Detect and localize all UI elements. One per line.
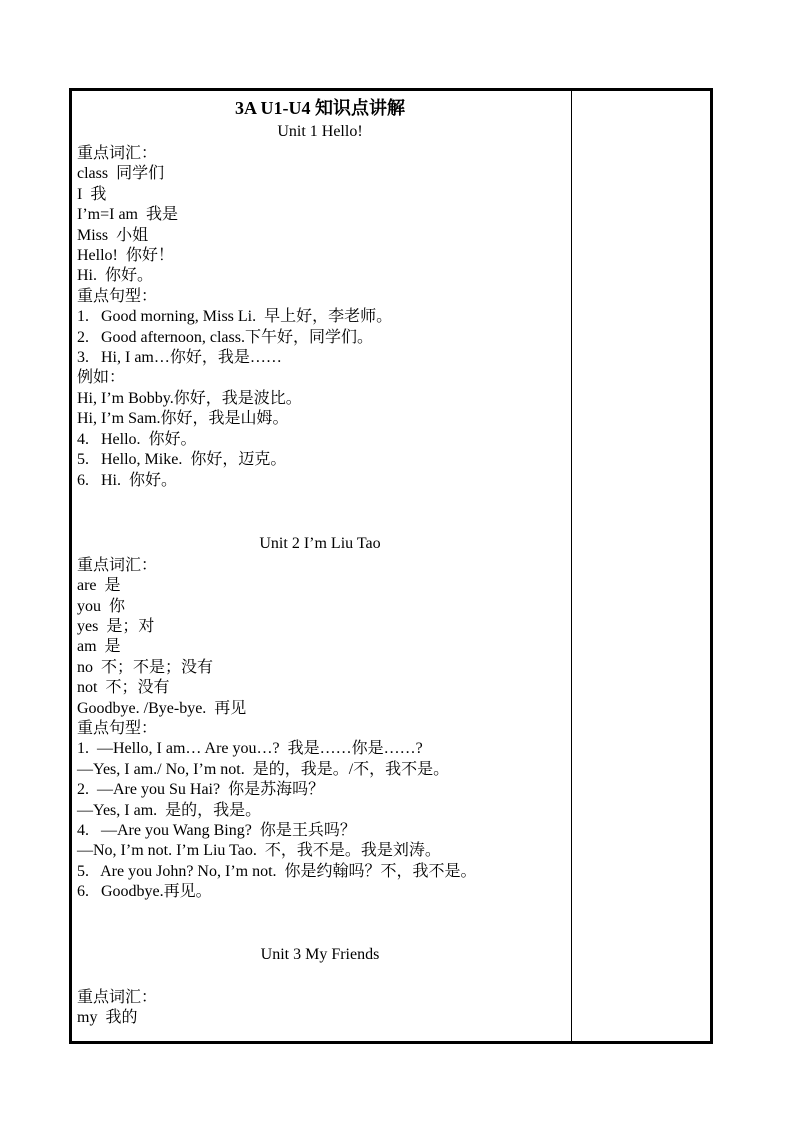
text-line: are 是	[77, 576, 563, 596]
text-line: not 不；没有	[77, 678, 563, 698]
text-line: 6. Hi. 你好。	[77, 471, 563, 491]
text-line: no 不；不是；没有	[77, 658, 563, 678]
unit-heading: Unit 2 I’m Liu Tao	[77, 532, 563, 556]
text-line: —No, I’m not. I’m Liu Tao. 不，我不是。我是刘涛。	[77, 841, 563, 861]
blank-line	[77, 511, 563, 531]
text-line: Hello! 你好！	[77, 246, 563, 266]
text-line: Hi, I’m Bobby.你好，我是波比。	[77, 389, 563, 409]
notes-table: 3A U1-U4 知识点讲解 Unit 1 Hello!重点词汇：class 同…	[69, 88, 713, 1044]
text-line: 4. Hello. 你好。	[77, 430, 563, 450]
text-line: I’m=I am 我是	[77, 205, 563, 225]
side-column	[572, 91, 710, 1041]
text-line: 重点词汇：	[77, 988, 563, 1008]
text-line: I 我	[77, 185, 563, 205]
text-line: —Yes, I am./ No, I’m not. 是的，我是。/不，我不是。	[77, 760, 563, 780]
text-line: Goodbye. /Bye-bye. 再见	[77, 699, 563, 719]
unit-heading: Unit 3 My Friends	[77, 943, 563, 967]
text-line: am 是	[77, 637, 563, 657]
text-line: 重点词汇：	[77, 144, 563, 164]
blank-line	[77, 923, 563, 943]
text-line: 重点句型：	[77, 719, 563, 739]
text-line: Hi. 你好。	[77, 266, 563, 286]
text-line: 5. Hello, Mike. 你好，迈克。	[77, 450, 563, 470]
text-line: you 你	[77, 597, 563, 617]
text-line: 重点词汇：	[77, 556, 563, 576]
text-line: 1. Good morning, Miss Li. 早上好，李老师。	[77, 307, 563, 327]
text-line: 4. —Are you Wang Bing? 你是王兵吗？	[77, 821, 563, 841]
sections-container: Unit 1 Hello!重点词汇：class 同学们I 我I’m=I am 我…	[77, 120, 563, 1029]
blank-line	[77, 491, 563, 511]
text-line	[77, 967, 563, 987]
text-line: yes 是；对	[77, 617, 563, 637]
unit-heading: Unit 1 Hello!	[77, 120, 563, 144]
text-line: Hi, I’m Sam.你好，我是山姆。	[77, 409, 563, 429]
text-line: 5. Are you John? No, I’m not. 你是约翰吗？不，我不…	[77, 862, 563, 882]
text-line: 6. Goodbye.再见。	[77, 882, 563, 902]
text-line: 2. Good afternoon, class.下午好，同学们。	[77, 328, 563, 348]
text-line: 重点句型：	[77, 287, 563, 307]
text-line: 3. Hi, I am…你好，我是……	[77, 348, 563, 368]
text-line: class 同学们	[77, 164, 563, 184]
document-page: 3A U1-U4 知识点讲解 Unit 1 Hello!重点词汇：class 同…	[0, 0, 793, 1122]
text-line: my 我的	[77, 1008, 563, 1028]
blank-line	[77, 903, 563, 923]
text-line: Miss 小姐	[77, 226, 563, 246]
text-line: 2. —Are you Su Hai? 你是苏海吗？	[77, 780, 563, 800]
main-column: 3A U1-U4 知识点讲解 Unit 1 Hello!重点词汇：class 同…	[72, 91, 572, 1041]
document-title: 3A U1-U4 知识点讲解	[77, 96, 563, 120]
text-line: 1. —Hello, I am… Are you…? 我是……你是……?	[77, 739, 563, 759]
text-line: —Yes, I am. 是的，我是。	[77, 801, 563, 821]
text-line: 例如：	[77, 368, 563, 388]
